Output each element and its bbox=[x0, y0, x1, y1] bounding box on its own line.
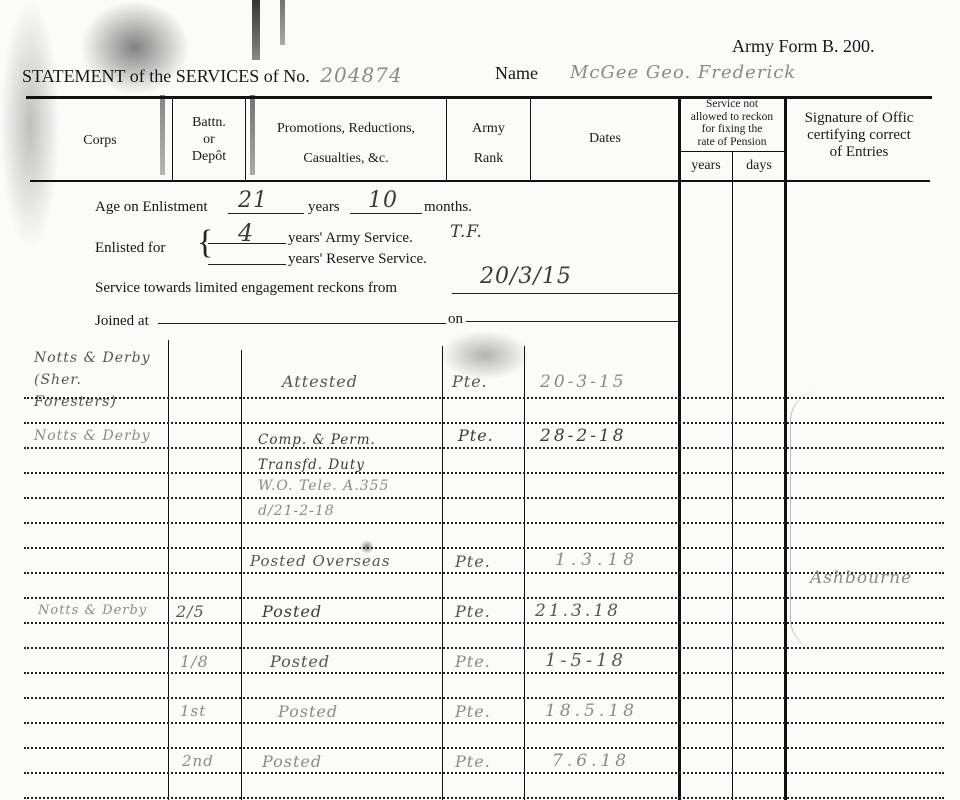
entry-rank: Pte. bbox=[455, 652, 491, 671]
army-service-years: 4 bbox=[238, 219, 254, 247]
entry-event: Posted bbox=[262, 602, 322, 621]
entry-event: Posted Overseas bbox=[250, 552, 391, 570]
on-label: on bbox=[448, 311, 463, 328]
form-title: STATEMENT of the SERVICES of No. 204874 bbox=[22, 63, 403, 87]
name-label: Name bbox=[495, 63, 538, 84]
limited-engagement-label: Service towards limited engagement recko… bbox=[95, 280, 397, 297]
col-divider bbox=[784, 98, 787, 800]
col-header-dates: Dates bbox=[560, 130, 650, 147]
service-number: 204874 bbox=[320, 63, 402, 87]
col-divider bbox=[241, 350, 242, 800]
entry-battn: 1st bbox=[180, 702, 206, 720]
entry-date: 1-5-18 bbox=[545, 650, 627, 671]
entry-rank: Pte. bbox=[455, 602, 491, 621]
joined-at-label: Joined at bbox=[95, 313, 149, 330]
col-header-battn: Battn. or Depôt bbox=[173, 114, 245, 165]
entry-rank: Pte. bbox=[455, 552, 491, 571]
army-service-label: years' Army Service. bbox=[288, 230, 413, 247]
entry-date: 28-2-18 bbox=[540, 426, 627, 446]
entry-corps: Notts & Derby (Sher. Foresters) bbox=[34, 347, 166, 413]
col-header-days: days bbox=[733, 157, 785, 174]
entry-date: 1.3.18 bbox=[555, 550, 639, 570]
col-divider bbox=[678, 98, 681, 800]
entry-date: 18.5.18 bbox=[545, 701, 638, 721]
signature-bracket bbox=[790, 390, 821, 650]
reserve-service-label: years' Reserve Service. bbox=[288, 251, 427, 268]
entry-battn: 1/8 bbox=[180, 652, 209, 671]
months-label: months. bbox=[424, 199, 472, 216]
entry-rank: Pte. bbox=[455, 752, 491, 771]
entry-event: Attested bbox=[282, 372, 358, 391]
entry-event: Comp. & Perm. Transfd. Duty bbox=[258, 428, 440, 478]
age-months-line bbox=[350, 213, 422, 214]
on-date-line bbox=[466, 321, 678, 322]
entry-date: 21.3.18 bbox=[535, 601, 621, 621]
col-header-rank: Army Rank bbox=[447, 114, 530, 174]
ink-streak bbox=[280, 0, 285, 45]
header-bottom-border bbox=[30, 180, 930, 182]
entry-corps: Notts & Derby bbox=[38, 603, 147, 618]
entry-event: Posted bbox=[278, 702, 338, 721]
entry-date: 7.6.18 bbox=[552, 751, 630, 771]
limited-engagement-line bbox=[452, 293, 678, 294]
form-number: Army Form B. 200. bbox=[732, 36, 875, 57]
col-divider bbox=[168, 340, 169, 800]
table-top-border bbox=[26, 96, 932, 99]
entry-battn: 2nd bbox=[182, 752, 214, 770]
col-header-signature: Signature of Offic certifying correct of… bbox=[786, 110, 932, 161]
col-header-corps: Corps bbox=[70, 132, 130, 149]
officer-signature: Ashbourne bbox=[810, 568, 912, 588]
entry-event: d/21-2-18 bbox=[258, 503, 335, 519]
name-value: McGee Geo. Frederick bbox=[570, 62, 796, 83]
army-service-note: T.F. bbox=[450, 222, 483, 242]
limited-engagement-date: 20/3/15 bbox=[480, 264, 572, 289]
reserve-service-line bbox=[208, 264, 286, 265]
age-years-line bbox=[228, 213, 304, 214]
entry-rank: Pte. bbox=[458, 426, 494, 445]
col-header-promotions: Promotions, Reductions, Casualties, &c. bbox=[246, 114, 446, 174]
entry-event: Posted bbox=[262, 752, 322, 771]
entry-battn: 2/5 bbox=[176, 602, 205, 621]
col-header-years: years bbox=[680, 157, 732, 174]
entry-corps: Notts & Derby bbox=[34, 428, 151, 444]
ink-blot bbox=[0, 0, 60, 250]
joined-at-line bbox=[158, 323, 446, 324]
entry-date: 20-3-15 bbox=[540, 372, 627, 392]
col-divider bbox=[732, 152, 733, 800]
enlisted-for-label: Enlisted for bbox=[95, 240, 165, 257]
age-years-value: 21 bbox=[238, 188, 268, 213]
age-on-enlistment: Age on Enlistment bbox=[95, 199, 208, 216]
col-header-pension: Service not allowed to reckon for fixing… bbox=[680, 98, 784, 148]
entry-rank: Pte. bbox=[452, 372, 488, 391]
ink-streak bbox=[252, 0, 260, 60]
col-divider bbox=[530, 98, 531, 180]
entry-event: Posted bbox=[270, 652, 330, 671]
ink-streak bbox=[160, 95, 165, 175]
title-prefix: STATEMENT of the SERVICES of No. bbox=[22, 66, 310, 86]
entry-event: W.O. Tele. A.355 bbox=[258, 478, 389, 494]
years-label: years bbox=[308, 199, 340, 216]
entry-rank: Pte. bbox=[455, 702, 491, 721]
age-months-value: 10 bbox=[368, 188, 398, 213]
pension-subheader-line bbox=[680, 151, 785, 152]
